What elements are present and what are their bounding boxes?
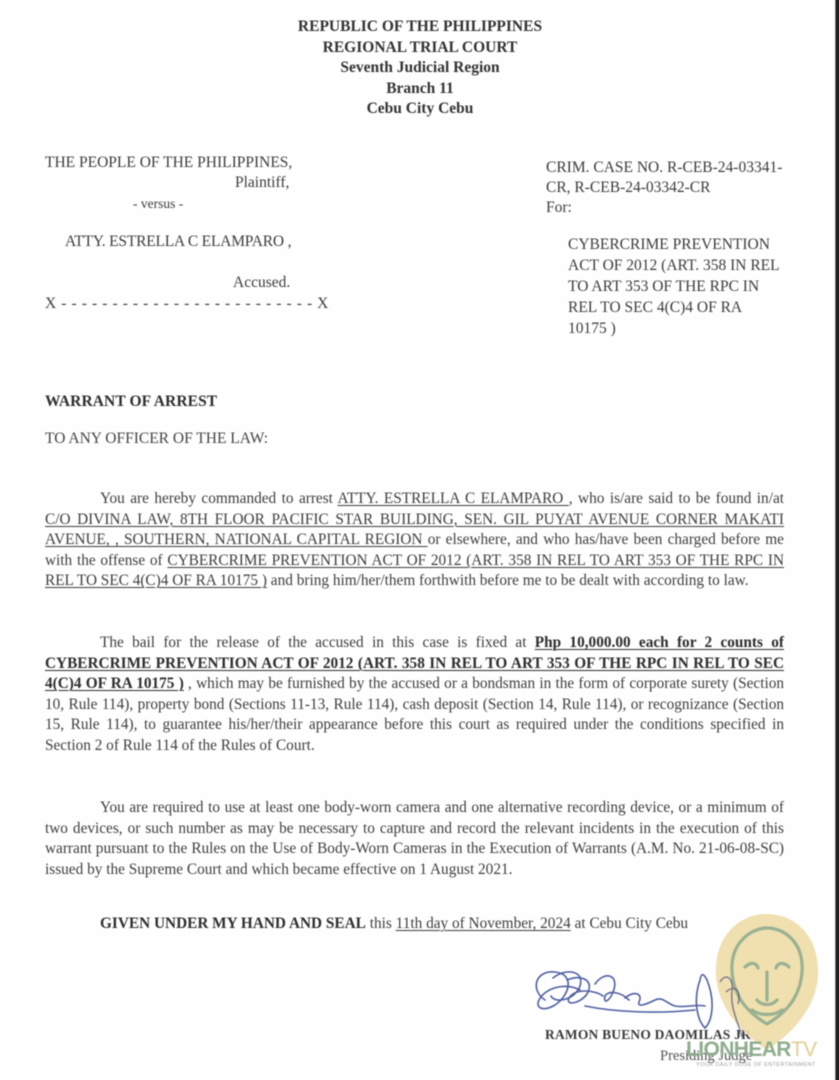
judge-signature xyxy=(525,960,725,1030)
brand-lionhear: LIONHEAR xyxy=(686,1038,791,1061)
document-page: REPUBLIC OF THE PHILIPPINES REGIONAL TRI… xyxy=(0,0,834,1080)
lion-watermark-icon xyxy=(712,912,822,1052)
addressee: TO ANY OFFICER OF THE LAW: xyxy=(45,430,268,448)
plaintiff-name: THE PEOPLE OF THE PHILIPPINES, xyxy=(45,153,365,173)
arrest-command-paragraph: You are hereby commanded to arrest ATTY.… xyxy=(45,489,784,592)
caption-divider: X - - - - - - - - - - - - - - - - - - - … xyxy=(45,294,365,314)
text: and bring him/her/them forthwith before … xyxy=(267,572,749,589)
brand-tv: TV xyxy=(791,1038,817,1061)
case-caption-parties: THE PEOPLE OF THE PHILIPPINES, Plaintiff… xyxy=(45,153,365,314)
case-number: CRIM. CASE NO. R-CEB-24-03341-CR, R-CEB-… xyxy=(546,158,796,198)
text: this xyxy=(366,915,396,932)
plaintiff-label: Plaintiff, xyxy=(45,173,365,193)
offense-description: CYBERCRIME PREVENTION ACT OF 2012 (ART. … xyxy=(546,234,783,339)
text: You are hereby commanded to arrest xyxy=(100,490,338,507)
watermark-brand: LIONHEARTV xyxy=(686,1038,817,1062)
issue-date: 11th day of November, 2024 xyxy=(396,915,571,932)
versus-label: - versus - xyxy=(45,194,365,214)
header-region: Seventh Judicial Region xyxy=(250,58,590,79)
text: , who is/are said to be found in/at xyxy=(569,490,784,507)
case-caption-details: CRIM. CASE NO. R-CEB-24-03341-CR, R-CEB-… xyxy=(546,158,796,339)
body-camera-paragraph: You are required to use at least one bod… xyxy=(45,798,784,880)
court-header: REPUBLIC OF THE PHILIPPINES REGIONAL TRI… xyxy=(250,17,590,120)
bail-paragraph: The bail for the release of the accused … xyxy=(45,633,784,757)
given-lead: GIVEN UNDER MY HAND AND SEAL xyxy=(100,915,366,932)
text: at Cebu City Cebu xyxy=(571,915,688,932)
watermark-tagline: YOUR DAILY DOSE OF ENTERTAINMENT xyxy=(696,1062,816,1068)
for-label: For: xyxy=(546,198,796,218)
header-city: Cebu City Cebu xyxy=(250,99,590,120)
header-branch: Branch 11 xyxy=(250,79,590,100)
text: The bail for the release of the accused … xyxy=(100,634,535,651)
header-republic: REPUBLIC OF THE PHILIPPINES xyxy=(250,17,590,38)
document-title: WARRANT OF ARREST xyxy=(45,393,217,411)
accused-name-underlined: ATTY. ESTRELLA C ELAMPARO xyxy=(338,490,569,507)
header-court: REGIONAL TRIAL COURT xyxy=(250,38,590,59)
given-under-seal: GIVEN UNDER MY HAND AND SEAL this 11th d… xyxy=(100,915,688,933)
scan-edge-border xyxy=(834,0,839,1080)
accused-label: Accused. xyxy=(45,273,365,293)
accused-name: ATTY. ESTRELLA C ELAMPARO , xyxy=(45,232,365,252)
